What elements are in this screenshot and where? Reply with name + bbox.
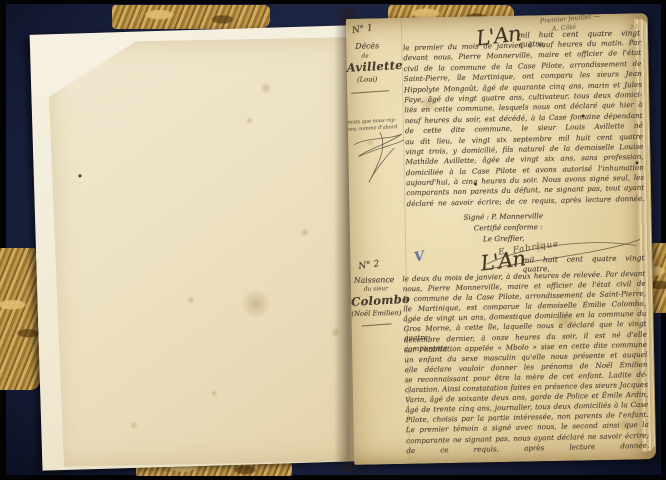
foxing-stain (245, 117, 253, 124)
manuscript-page: Premier feuillet — A. Côté 2 3 N° 1 Décè… (346, 13, 657, 465)
ink-speck (78, 174, 81, 177)
foxing-stain (187, 296, 195, 304)
margin-signature-paraph (350, 130, 411, 187)
margin-dash (362, 323, 392, 326)
margin-dash (351, 90, 389, 94)
act2-margin-particle: du sieur (364, 286, 388, 292)
foxing-stain (300, 228, 310, 237)
foxing-stain (239, 291, 273, 318)
blue-check-mark: V (413, 249, 426, 266)
marbled-endpaper-left (0, 248, 40, 390)
act2-margin-name: Colombo (351, 292, 411, 309)
marbled-endpaper-top-left (112, 5, 270, 29)
act1-margin-type: Décès (355, 41, 379, 50)
act2-body: le deux du mois de janvier, à deux heure… (402, 269, 649, 456)
act2-margin-firstname: (Noël Emilien) (351, 309, 401, 318)
foxing-stain (259, 83, 273, 94)
act2-margin-number: N° 2 (358, 259, 380, 272)
act1-margin-firstname: (Loui) (357, 75, 378, 83)
foxing-stain (129, 421, 138, 429)
act1-body: le premier du mois de janvier, à neuf he… (403, 38, 645, 210)
act2-margin-type: Naissance (354, 275, 395, 285)
act1-margin-number: N° 1 (351, 23, 373, 36)
left-blank-page (48, 37, 356, 467)
act1-certified-line: Certifié conforme : (474, 222, 543, 232)
act1-signed-line: Signé : P. Monnerville (463, 211, 543, 222)
foxing-stain (211, 390, 218, 397)
act1-margin-name: Avillette (346, 58, 403, 75)
photographed-register-spread: Premier feuillet — A. Côté 2 3 N° 1 Décè… (0, 0, 666, 480)
